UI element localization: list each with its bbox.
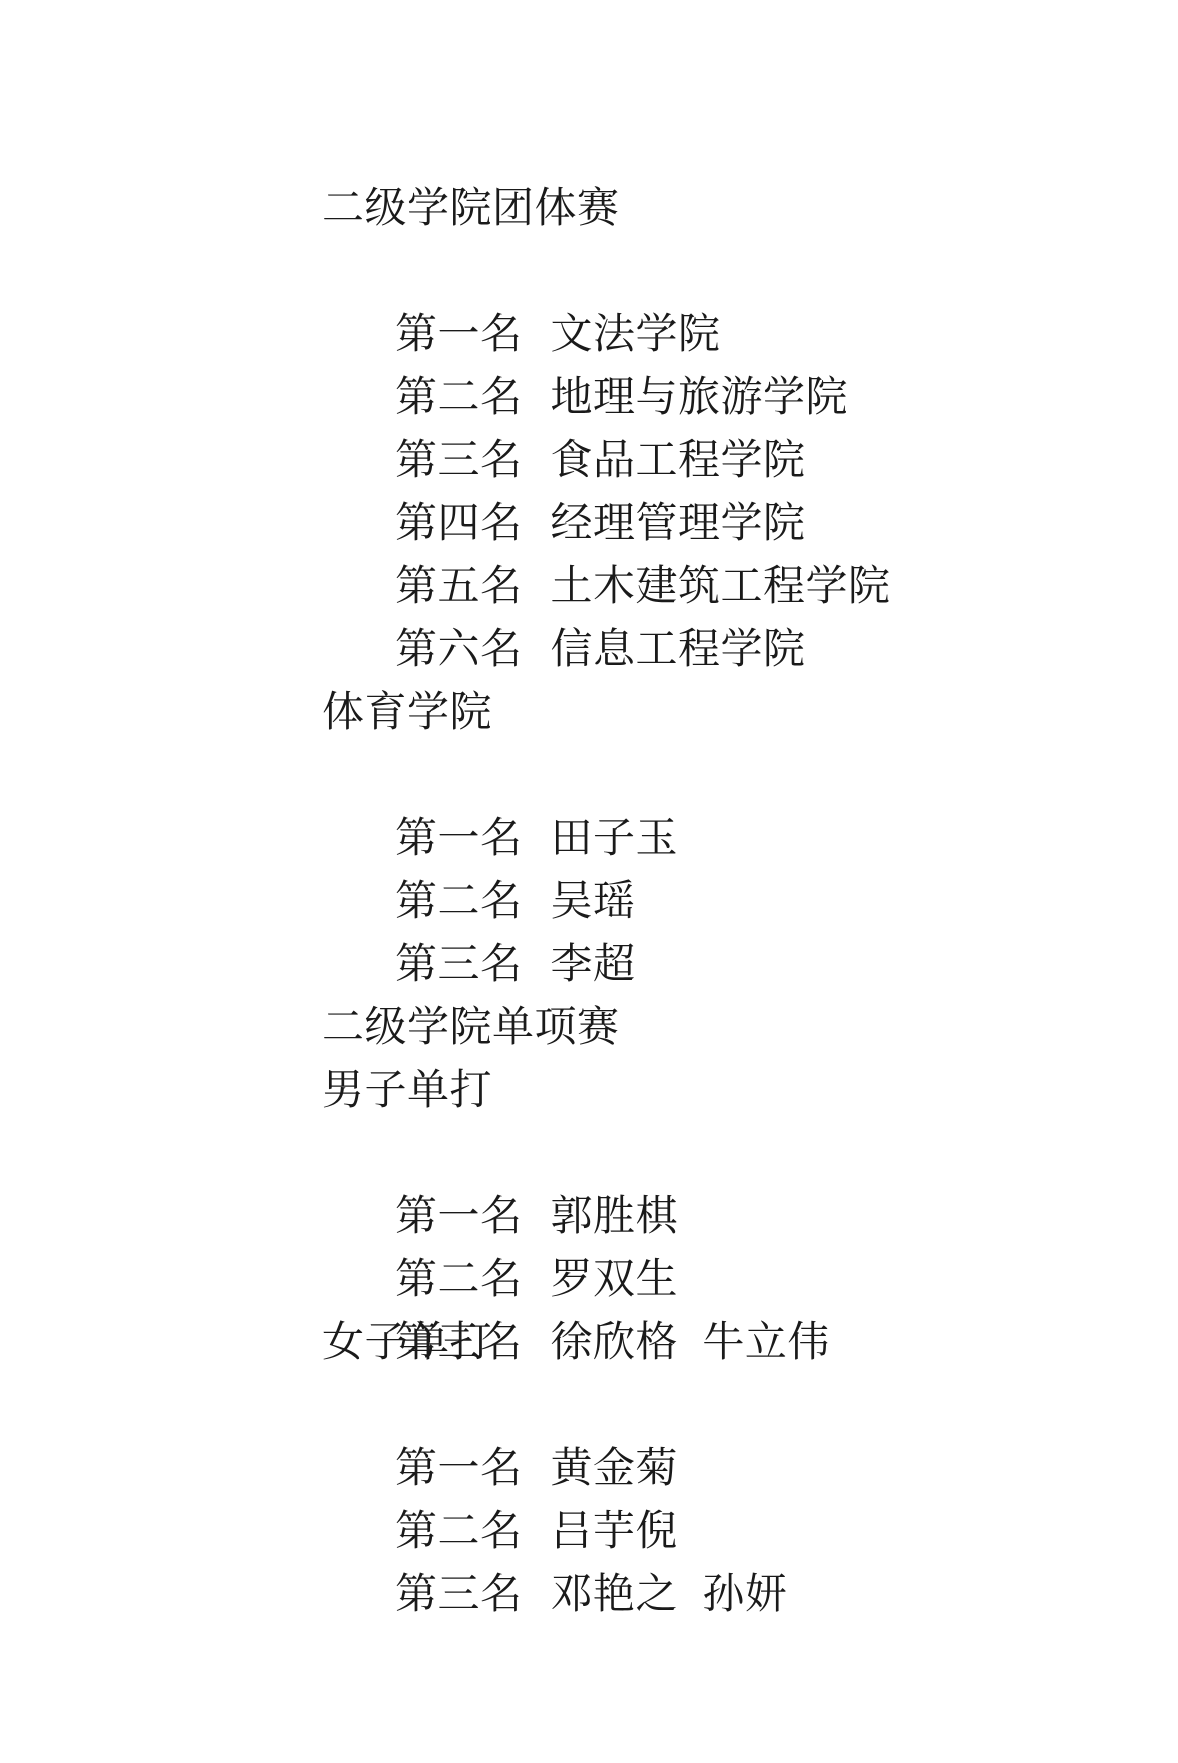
- winner-name: 吴瑶: [551, 877, 636, 924]
- rank-label: 第五名: [395, 562, 523, 609]
- pe-college-section: 体育学院 第一名田子玉 第二名吴瑶 第三名李超: [322, 680, 1138, 932]
- rank-label: 第二名: [395, 877, 523, 924]
- rank-label: 第一名: [395, 814, 523, 861]
- result-line: 第一名文法学院: [322, 239, 1138, 302]
- section-title: 二级学院单项赛: [322, 995, 1138, 1058]
- mens-singles-subtitle: 男子单打: [322, 1058, 1138, 1121]
- winner-name: 田子玉: [551, 814, 679, 861]
- results-document: 二级学院团体赛 第一名文法学院 第二名地理与旅游学院 第三名食品工程学院 第四名…: [0, 0, 1178, 1562]
- winner-name: 罗双生: [551, 1255, 679, 1302]
- winner-name: 信息工程学院: [551, 625, 806, 672]
- result-line: 第一名田子玉: [322, 743, 1138, 806]
- rank-label: 第三名: [395, 1570, 523, 1617]
- rank-label: 第四名: [395, 499, 523, 546]
- rank-label: 第六名: [395, 625, 523, 672]
- result-line: 第一名郭胜棋: [322, 1121, 1138, 1184]
- rank-label: 第一名: [395, 310, 523, 357]
- winner-name: 文法学院: [551, 310, 721, 357]
- winner-name: 吕芋倪: [551, 1507, 679, 1554]
- winner-name: 李超: [551, 940, 636, 987]
- rank-label: 第一名: [395, 1444, 523, 1491]
- section-title: 二级学院团体赛: [322, 176, 1138, 239]
- winner-name: 邓艳之 孙妍: [551, 1570, 788, 1617]
- result-line: 第一名黄金菊: [322, 1373, 1138, 1436]
- winner-name: 黄金菊: [551, 1444, 679, 1491]
- singles-event-section: 二级学院单项赛 男子单打 第一名郭胜棋 第二名罗双生 第三名徐欣格 牛立伟 女子…: [322, 995, 1138, 1562]
- team-event-section: 二级学院团体赛 第一名文法学院 第二名地理与旅游学院 第三名食品工程学院 第四名…: [322, 176, 1138, 617]
- rank-label: 第三名: [395, 436, 523, 483]
- rank-label: 第三名: [395, 940, 523, 987]
- section-title: 体育学院: [322, 680, 1138, 743]
- winner-name: 郭胜棋: [551, 1192, 679, 1239]
- winner-name: 经理管理学院: [551, 499, 806, 546]
- winner-name: 徐欣格 牛立伟: [551, 1318, 830, 1365]
- winner-name: 土木建筑工程学院: [551, 562, 891, 609]
- rank-label: 第一名: [395, 1192, 523, 1239]
- winner-name: 地理与旅游学院: [551, 373, 849, 420]
- rank-label: 第二名: [395, 1255, 523, 1302]
- rank-label: 第二名: [395, 373, 523, 420]
- rank-label: 第二名: [395, 1507, 523, 1554]
- winner-name: 食品工程学院: [551, 436, 806, 483]
